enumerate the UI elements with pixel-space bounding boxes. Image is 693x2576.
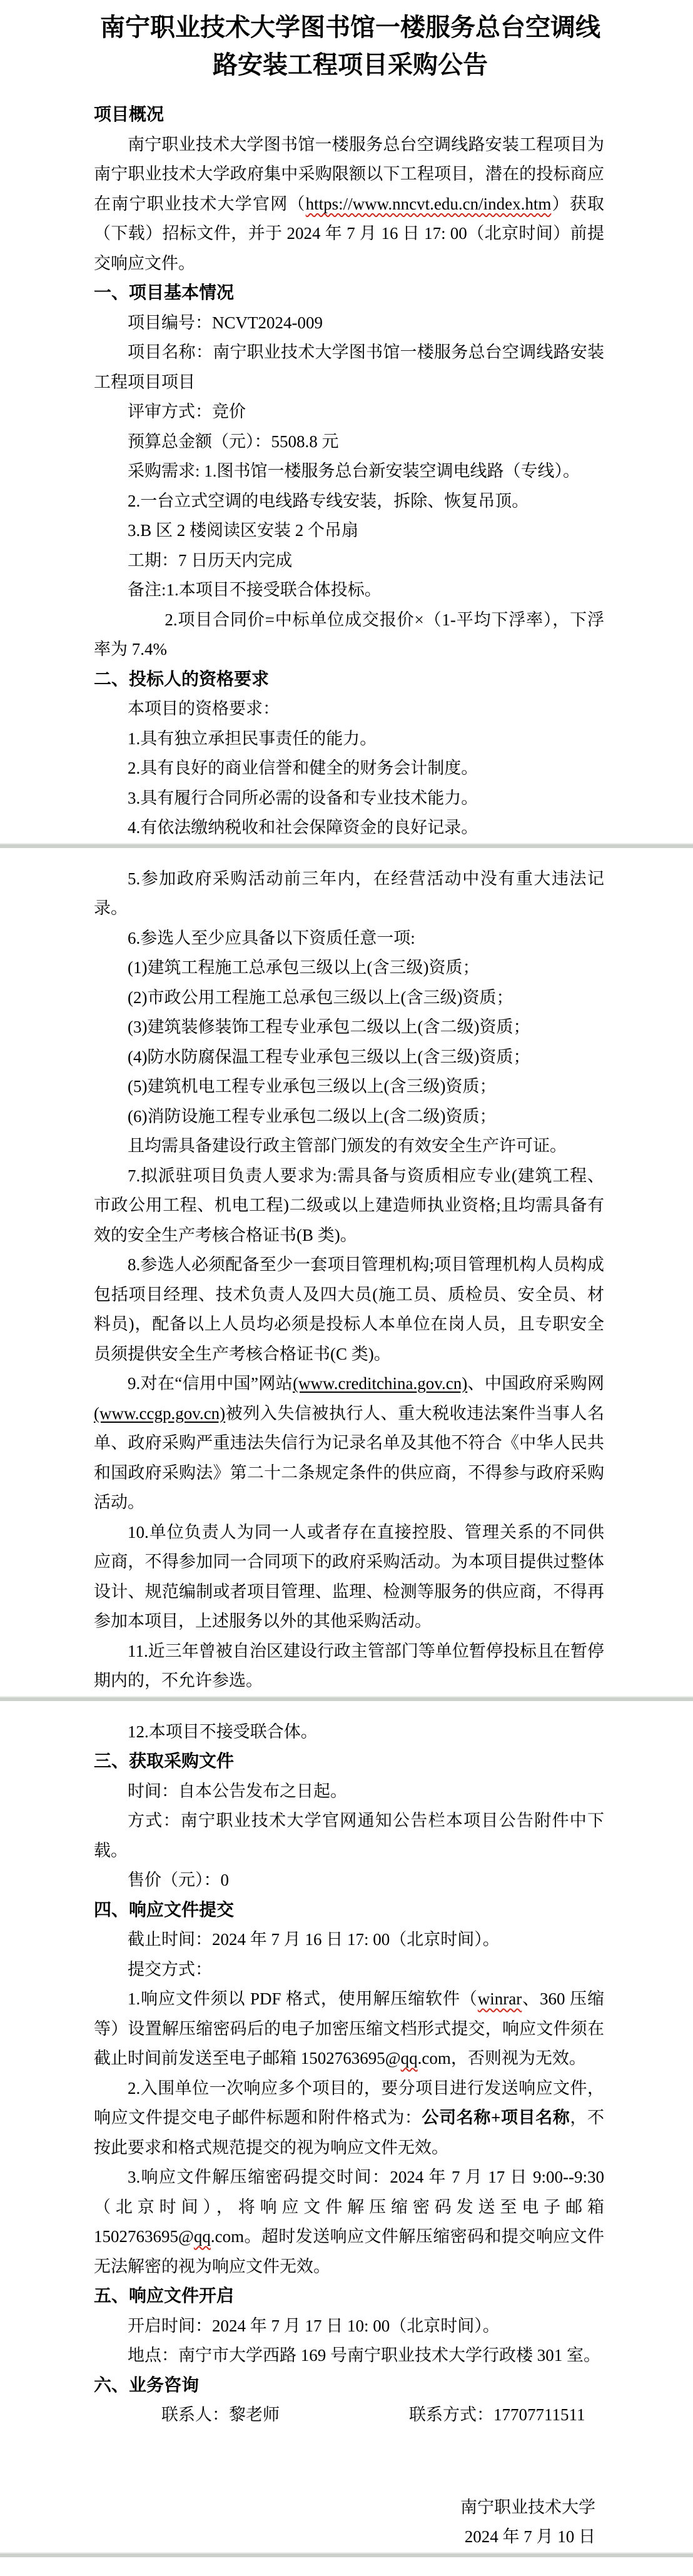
text-run: 1.响应文件须以 PDF 格式，使用解压缩软件（ [128, 1989, 478, 2008]
page-1: 南宁职业技术大学图书馆一楼服务总台空调线路安装工程项目采购公告项目概况南宁职业技… [0, 0, 693, 843]
spellcheck-qq-2: qq [194, 2227, 211, 2246]
work-period: 工期：7 日历天内完成 [94, 546, 604, 576]
text-run: 截止时间：2024 年 7 月 16 日 17: 00（北京时间）。 [128, 1930, 500, 1949]
credential-note: 且均需具备建设行政主管部门颁发的有效安全生产许可证。 [94, 1131, 604, 1161]
obtain-time: 时间：自本公告发布之日起。 [94, 1777, 604, 1807]
text-run: (5)建筑机电工程专业承包三级以上(含三级)资质； [128, 1077, 496, 1096]
page-2: 5.参加政府采购活动前三年内，在经营活动中没有重大违法记录。6.参选人至少应具备… [0, 848, 693, 1696]
credential-1: (1)建筑工程施工总承包三级以上(含三级)资质； [94, 953, 604, 983]
section-5-heading: 五、响应文件开启 [94, 2281, 604, 2311]
submit-deadline: 截止时间：2024 年 7 月 16 日 17: 00（北京时间）。 [94, 1925, 604, 1955]
text-run: 提交方式： [128, 1960, 212, 1979]
submit-rule-3: 3.响应文件解压缩密码提交时间：2024 年 7 月 17 日 9:00--9:… [94, 2163, 604, 2281]
text-run: 售价（元）：0 [128, 1871, 229, 1889]
open-time: 开启时间：2024 年 7 月 17 日 10: 00（北京时间）。 [94, 2311, 604, 2341]
text-run: 6.参选人至少应具备以下资质任意一项: [128, 929, 415, 947]
qualification-6: 6.参选人至少应具备以下资质任意一项: [94, 924, 604, 954]
text-run: (3)建筑装修装饰工程专业承包二级以上(含二级)资质； [128, 1018, 530, 1036]
text-run: 5.参加政府采购活动前三年内，在经营活动中没有重大违法记录。 [94, 869, 604, 918]
text-run: 8.参选人必须配备至少一套项目管理机构;项目管理机构人员构成包括项目经理、技术负… [94, 1255, 604, 1363]
text-run: 项目编号：NCVT2024-009 [128, 313, 323, 332]
project-number: 项目编号：NCVT2024-009 [94, 308, 604, 338]
text-run: .com，否则视为无效。 [418, 2049, 586, 2068]
page-tail [0, 2557, 693, 2576]
credential-3: (3)建筑装修装饰工程专业承包二级以上(含二级)资质； [94, 1013, 604, 1043]
text-run: 9.对在“信用中国”网站 [128, 1374, 293, 1393]
section-6-heading: 六、业务咨询 [94, 2371, 604, 2401]
text-run: 开启时间：2024 年 7 月 17 日 10: 00（北京时间）。 [128, 2316, 500, 2335]
text-run: 南宁职业技术大学 [460, 2498, 595, 2517]
text-run: (1)建筑工程施工总承包三级以上(含三级)资质； [128, 958, 479, 977]
qualification-3: 3.具有履行合同所必需的设备和专业技术能力。 [94, 784, 604, 814]
text-run: 南宁职业技术大学图书馆一楼服务总台空调线路安装工程项目采购公告 [100, 13, 600, 79]
procurement-demand-3: 3.B 区 2 楼阅读区安装 2 个吊扇 [94, 516, 604, 546]
text-run: 、中国政府采购网 [467, 1374, 604, 1393]
text-run: (6)消防设施工程专业承包二级以上(含二级)资质； [128, 1107, 496, 1126]
qualification-intro: 本项目的资格要求： [94, 694, 604, 724]
text-run: 7.拟派驻项目负责人要求为:需具备与资质相应专业(建筑工程、市政公用工程、机电工… [94, 1166, 604, 1245]
text-run: 4.有依法缴纳税收和社会保障资金的良好记录。 [128, 818, 478, 837]
text-run: 11.近三年曾被自治区建设行政主管部门等单位暂停投标且在暂停期内的，不允许参选。 [94, 1642, 604, 1690]
qualification-5: 5.参加政府采购活动前三年内，在经营活动中没有重大违法记录。 [94, 864, 604, 924]
text-run: 一、项目基本情况 [94, 283, 234, 303]
qualification-2: 2.具有良好的商业信誉和健全的财务会计制度。 [94, 754, 604, 784]
text-run: 备注:1.本项目不接受联合体投标。 [128, 580, 382, 599]
signature-date: 2024 年 7 月 10 日 [94, 2522, 604, 2552]
procurement-demand-2: 2.一台立式空调的电线路专线安装，拆除、恢复吊顶。 [94, 487, 604, 517]
overview-heading: 项目概况 [94, 100, 604, 130]
text-run: 方式：南宁职业技术大学官网通知公告栏本项目公告附件中下载。 [94, 1811, 604, 1860]
credential-5: (5)建筑机电工程专业承包三级以上(含三级)资质； [94, 1072, 604, 1102]
section-1-heading: 一、项目基本情况 [94, 278, 604, 308]
text-run: 项目概况 [94, 105, 164, 124]
section-3-heading: 三、获取采购文件 [94, 1747, 604, 1777]
text-run: 1.具有独立承担民事责任的能力。 [128, 729, 377, 748]
text-run: 3.具有履行合同所必需的设备和专业技术能力。 [128, 789, 478, 807]
link-ccgp[interactable]: (www.ccgp.gov.cn) [94, 1404, 225, 1423]
credential-6: (6)消防设施工程专业承包二级以上(含二级)资质； [94, 1102, 604, 1132]
page-break [0, 2552, 693, 2557]
text-run: 2.项目合同价=中标单位成交报价×（1-平均下浮率），下浮率为 7.4% [94, 610, 604, 659]
qualification-9: 9.对在“信用中国”网站(www.creditchina.gov.cn)、中国政… [94, 1369, 604, 1518]
text-run: 评审方式：竞价 [128, 402, 246, 421]
doc-title: 南宁职业技术大学图书馆一楼服务总台空调线路安装工程项目采购公告 [94, 9, 607, 84]
text-run: 六、业务咨询 [94, 2376, 199, 2395]
signature-org: 南宁职业技术大学 [94, 2493, 604, 2523]
text-run: 二、投标人的资格要求 [94, 670, 269, 689]
text-run: 2.具有良好的商业信誉和健全的财务会计制度。 [128, 759, 478, 777]
text-run: 且均需具备建设行政主管部门颁发的有效安全生产许可证。 [128, 1136, 567, 1155]
project-name: 项目名称：南宁职业技术大学图书馆一楼服务总台空调线路安装工程项目项目 [94, 338, 604, 397]
qualification-8: 8.参选人必须配备至少一套项目管理机构;项目管理机构人员构成包括项目经理、技术负… [94, 1250, 604, 1369]
text-run: 3.B 区 2 楼阅读区安装 2 个吊扇 [128, 521, 358, 540]
text-run: 项目名称：南宁职业技术大学图书馆一楼服务总台空调线路安装工程项目项目 [94, 343, 604, 391]
contact-row: 联系人：黎老师联系方式：17707711511 [94, 2400, 604, 2430]
official-site-url: https://www.nncvt.edu.cn/index.htm [306, 194, 552, 213]
submit-method-label: 提交方式： [94, 1955, 604, 1985]
qualification-10: 10.单位负责人为同一人或者存在直接控股、管理关系的不同供应商，不得参加同一合同… [94, 1518, 604, 1637]
qualification-7: 7.拟派驻项目负责人要求为:需具备与资质相应专业(建筑工程、市政公用工程、机电工… [94, 1161, 604, 1251]
page-break [0, 1696, 693, 1701]
obtain-price: 售价（元）：0 [94, 1866, 604, 1896]
text-run: 三、获取采购文件 [94, 1752, 234, 1771]
qualification-1: 1.具有独立承担民事责任的能力。 [94, 724, 604, 754]
submit-rule-1: 1.响应文件须以 PDF 格式，使用解压缩软件（winrar、360 压缩等）设… [94, 1984, 604, 2074]
text-run: 地点：南宁市大学西路 169 号南宁职业技术大学行政楼 301 室。 [128, 2346, 600, 2365]
page-break [0, 843, 693, 848]
credential-4: (4)防水防腐保温工程专业承包三级以上(含三级)资质； [94, 1043, 604, 1073]
budget-total: 预算总金额（元）：5508.8 元 [94, 427, 604, 457]
review-method: 评审方式：竞价 [94, 397, 604, 427]
spellcheck-winrar: winrar [478, 1989, 522, 2008]
contact-phone: 联系方式：17707711511 [409, 2405, 585, 2424]
text-run: 采购需求: 1.图书馆一楼服务总台新安装空调电线路（专线）。 [128, 462, 580, 480]
page-3: 12.本项目不接受联合体。三、获取采购文件时间：自本公告发布之日起。方式：南宁职… [0, 1701, 693, 2552]
spellcheck-qq: qq [401, 2049, 418, 2068]
text-run: 工期：7 日历天内完成 [128, 551, 292, 570]
credential-2: (2)市政公用工程施工总承包三级以上(含三级)资质； [94, 983, 604, 1013]
obtain-method: 方式：南宁职业技术大学官网通知公告栏本项目公告附件中下载。 [94, 1806, 604, 1866]
remark-2: 2.项目合同价=中标单位成交报价×（1-平均下浮率），下浮率为 7.4% [94, 605, 604, 665]
section-2-heading: 二、投标人的资格要求 [94, 665, 604, 695]
text-run: 五、响应文件开启 [94, 2286, 234, 2306]
link-creditchina[interactable]: (www.creditchina.gov.cn) [293, 1374, 467, 1393]
document: 南宁职业技术大学图书馆一楼服务总台空调线路安装工程项目采购公告项目概况南宁职业技… [0, 0, 693, 2576]
procurement-demand-1: 采购需求: 1.图书馆一楼服务总台新安装空调电线路（专线）。 [94, 457, 604, 487]
overview-paragraph: 南宁职业技术大学图书馆一楼服务总台空调线路安装工程项目为南宁职业技术大学政府集中… [94, 130, 604, 279]
section-4-heading: 四、响应文件提交 [94, 1896, 604, 1926]
text-run: (2)市政公用工程施工总承包三级以上(含三级)资质； [128, 988, 513, 1007]
text-run: 10.单位负责人为同一人或者存在直接控股、管理关系的不同供应商，不得参加同一合同… [94, 1523, 604, 1631]
text-run: 时间：自本公告发布之日起。 [128, 1782, 347, 1801]
open-place: 地点：南宁市大学西路 169 号南宁职业技术大学行政楼 301 室。 [94, 2341, 604, 2371]
qualification-12: 12.本项目不接受联合体。 [94, 1717, 604, 1747]
qualification-4: 4.有依法缴纳税收和社会保障资金的良好记录。 [94, 813, 604, 843]
text-run: 预算总金额（元）：5508.8 元 [128, 432, 339, 451]
text-run: (4)防水防腐保温工程专业承包三级以上(含三级)资质； [128, 1048, 530, 1066]
text-run: 本项目的资格要求： [128, 699, 280, 718]
email-format-bold: 公司名称+项目名称 [422, 2108, 570, 2127]
submit-rule-2: 2.入围单位一次响应多个项目的，要分项目进行发送响应文件，响应文件提交电子邮件标… [94, 2074, 604, 2163]
qualification-11: 11.近三年曾被自治区建设行政主管部门等单位暂停投标且在暂停期内的，不允许参选。 [94, 1637, 604, 1696]
contact-person: 联系人：黎老师 [128, 2400, 409, 2430]
remark-1: 备注:1.本项目不接受联合体投标。 [94, 575, 604, 605]
text-run: 2.一台立式空调的电线路专线安装，拆除、恢复吊顶。 [128, 492, 529, 510]
text-run: 2024 年 7 月 10 日 [465, 2527, 595, 2546]
text-run: 四、响应文件提交 [94, 1901, 234, 1920]
text-run: 12.本项目不接受联合体。 [128, 1722, 318, 1741]
